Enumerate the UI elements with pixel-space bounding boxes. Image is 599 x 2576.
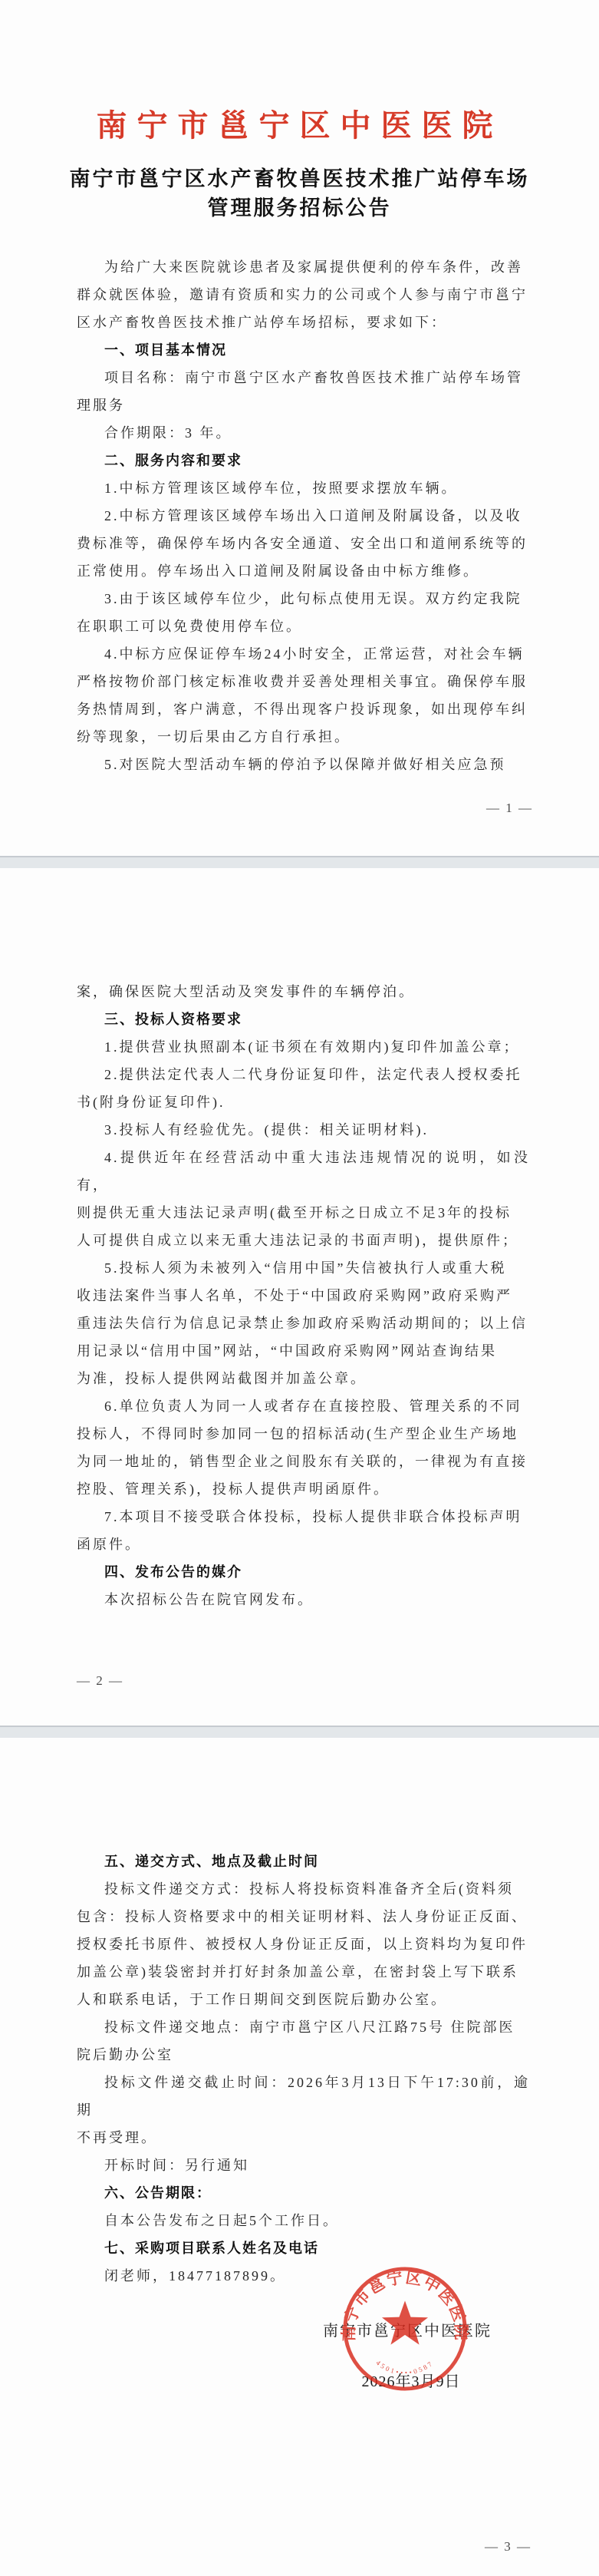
paragraph: 1.提供营业执照副本(证书须在有效期内)复印件加盖公章； — [77, 1033, 530, 1061]
section-heading: 四、发布公告的媒介 — [77, 1558, 530, 1586]
paragraph: 6.单位负责人为同一人或者存在直接控股、管理关系的不同 投标人，不得同时参加同一… — [77, 1392, 530, 1503]
paragraph: 7.本项目不接受联合体投标，投标人提供非联合体投标声明 函原件。 — [77, 1503, 530, 1558]
paragraph: 3.投标人有经验优先。(提供：相关证明材料). — [77, 1116, 530, 1144]
paragraph: 投标文件递交地点：南宁市邕宁区八尺江路75号 住院部医 院后勤办公室 — [77, 2013, 530, 2069]
paragraph: 2.中标方管理该区域停车场出入口道闸及附属设备，以及收 费标准等，确保停车场内各… — [77, 502, 530, 585]
paragraph: 5.对医院大型活动车辆的停泊予以保障并做好相关应急预 — [77, 751, 530, 778]
section-heading: 七、采购项目联系人姓名及电话 — [77, 2234, 530, 2262]
announcement-title: 南宁市邕宁区水产畜牧兽医技术推广站停车场 管理服务招标公告 — [0, 164, 599, 223]
page-number: — 3 — — [485, 2539, 532, 2555]
paragraph: 合作期限：3 年。 — [77, 419, 530, 447]
paragraph: 开标时间：另行通知 — [77, 2152, 530, 2179]
page2-body: 案，确保医院大型活动及突发事件的车辆停泊。三、投标人资格要求1.提供营业执照副本… — [0, 868, 599, 1613]
paragraph: 4.中标方应保证停车场24小时安全，正常运营，对社会车辆 严格按物价部门核定标准… — [77, 640, 530, 751]
paragraph: 项目名称：南宁市邕宁区水产畜牧兽医技术推广站停车场管 理服务 — [77, 364, 530, 419]
seal-serial-number: 4501••••0587 — [375, 2359, 436, 2376]
page-3: 五、递交方式、地点及截止时间投标文件递交方式：投标人将投标资料准备齐全后(资料须… — [0, 1738, 599, 2576]
paragraph: 投标文件递交截止时间：2026年3月13日下午17:30前，逾期 不再受理。 — [77, 2069, 530, 2152]
section-heading: 一、项目基本情况 — [77, 336, 530, 364]
paragraph: 案，确保医院大型活动及突发事件的车辆停泊。 — [77, 978, 530, 1006]
page-number: — 2 — — [77, 1673, 123, 1689]
hospital-letterhead: 南宁市邕宁区中医医院 — [0, 106, 599, 146]
page-separator — [0, 856, 599, 868]
paragraph: 3.由于该区域停车位少，此句标点使用无误。双方约定我院 在职职工可以免费使用停车… — [77, 585, 530, 640]
section-heading: 三、投标人资格要求 — [77, 1006, 530, 1033]
page-1: 南宁市邕宁区中医医院 南宁市邕宁区水产畜牧兽医技术推广站停车场 管理服务招标公告… — [0, 0, 599, 856]
section-heading: 二、服务内容和要求 — [77, 447, 530, 474]
section-heading: 六、公告期限： — [77, 2179, 530, 2207]
paragraph: 5.投标人须为未被列入“信用中国”失信被执行人或重大税 收违法案件当事人名单，不… — [77, 1254, 530, 1392]
paragraph: 投标文件递交方式：投标人将投标资料准备齐全后(资料须 包含：投标人资格要求中的相… — [77, 1875, 530, 2013]
page-number: — 1 — — [486, 801, 533, 816]
page-2: 案，确保医院大型活动及突发事件的车辆停泊。三、投标人资格要求1.提供营业执照副本… — [0, 868, 599, 1726]
paragraph: 本次招标公告在院官网发布。 — [77, 1586, 530, 1613]
svg-text:4501••••0587: 4501••••0587 — [375, 2359, 436, 2376]
page1-body: 为给广大来医院就诊患者及家属提供便利的停车条件，改善 群众就医体验，邀请有资质和… — [0, 253, 599, 778]
scanned-document: 南宁市邕宁区中医医院 南宁市邕宁区水产畜牧兽医技术推广站停车场 管理服务招标公告… — [0, 0, 599, 2576]
page-separator — [0, 1726, 599, 1738]
paragraph: 为给广大来医院就诊患者及家属提供便利的停车条件，改善 群众就医体验，邀请有资质和… — [77, 253, 530, 336]
official-seal-stamp: 南宁市邕宁区中医医院 4501••••0587 — [341, 2264, 469, 2393]
paragraph: 1.中标方管理该区域停车位，按照要求摆放车辆。 — [77, 474, 530, 502]
seal-star — [382, 2300, 428, 2344]
section-heading: 五、递交方式、地点及截止时间 — [77, 1848, 530, 1875]
paragraph: 4.提供近年在经营活动中重大违法违规情况的说明，如没有， 则提供无重大违法记录声… — [77, 1144, 530, 1254]
paragraph: 自本公告发布之日起5个工作日。 — [77, 2207, 530, 2234]
paragraph: 2.提供法定代表人二代身份证复印件，法定代表人授权委托 书(附身份证复印件). — [77, 1061, 530, 1116]
page3-body: 五、递交方式、地点及截止时间投标文件递交方式：投标人将投标资料准备齐全后(资料须… — [0, 1738, 599, 2290]
